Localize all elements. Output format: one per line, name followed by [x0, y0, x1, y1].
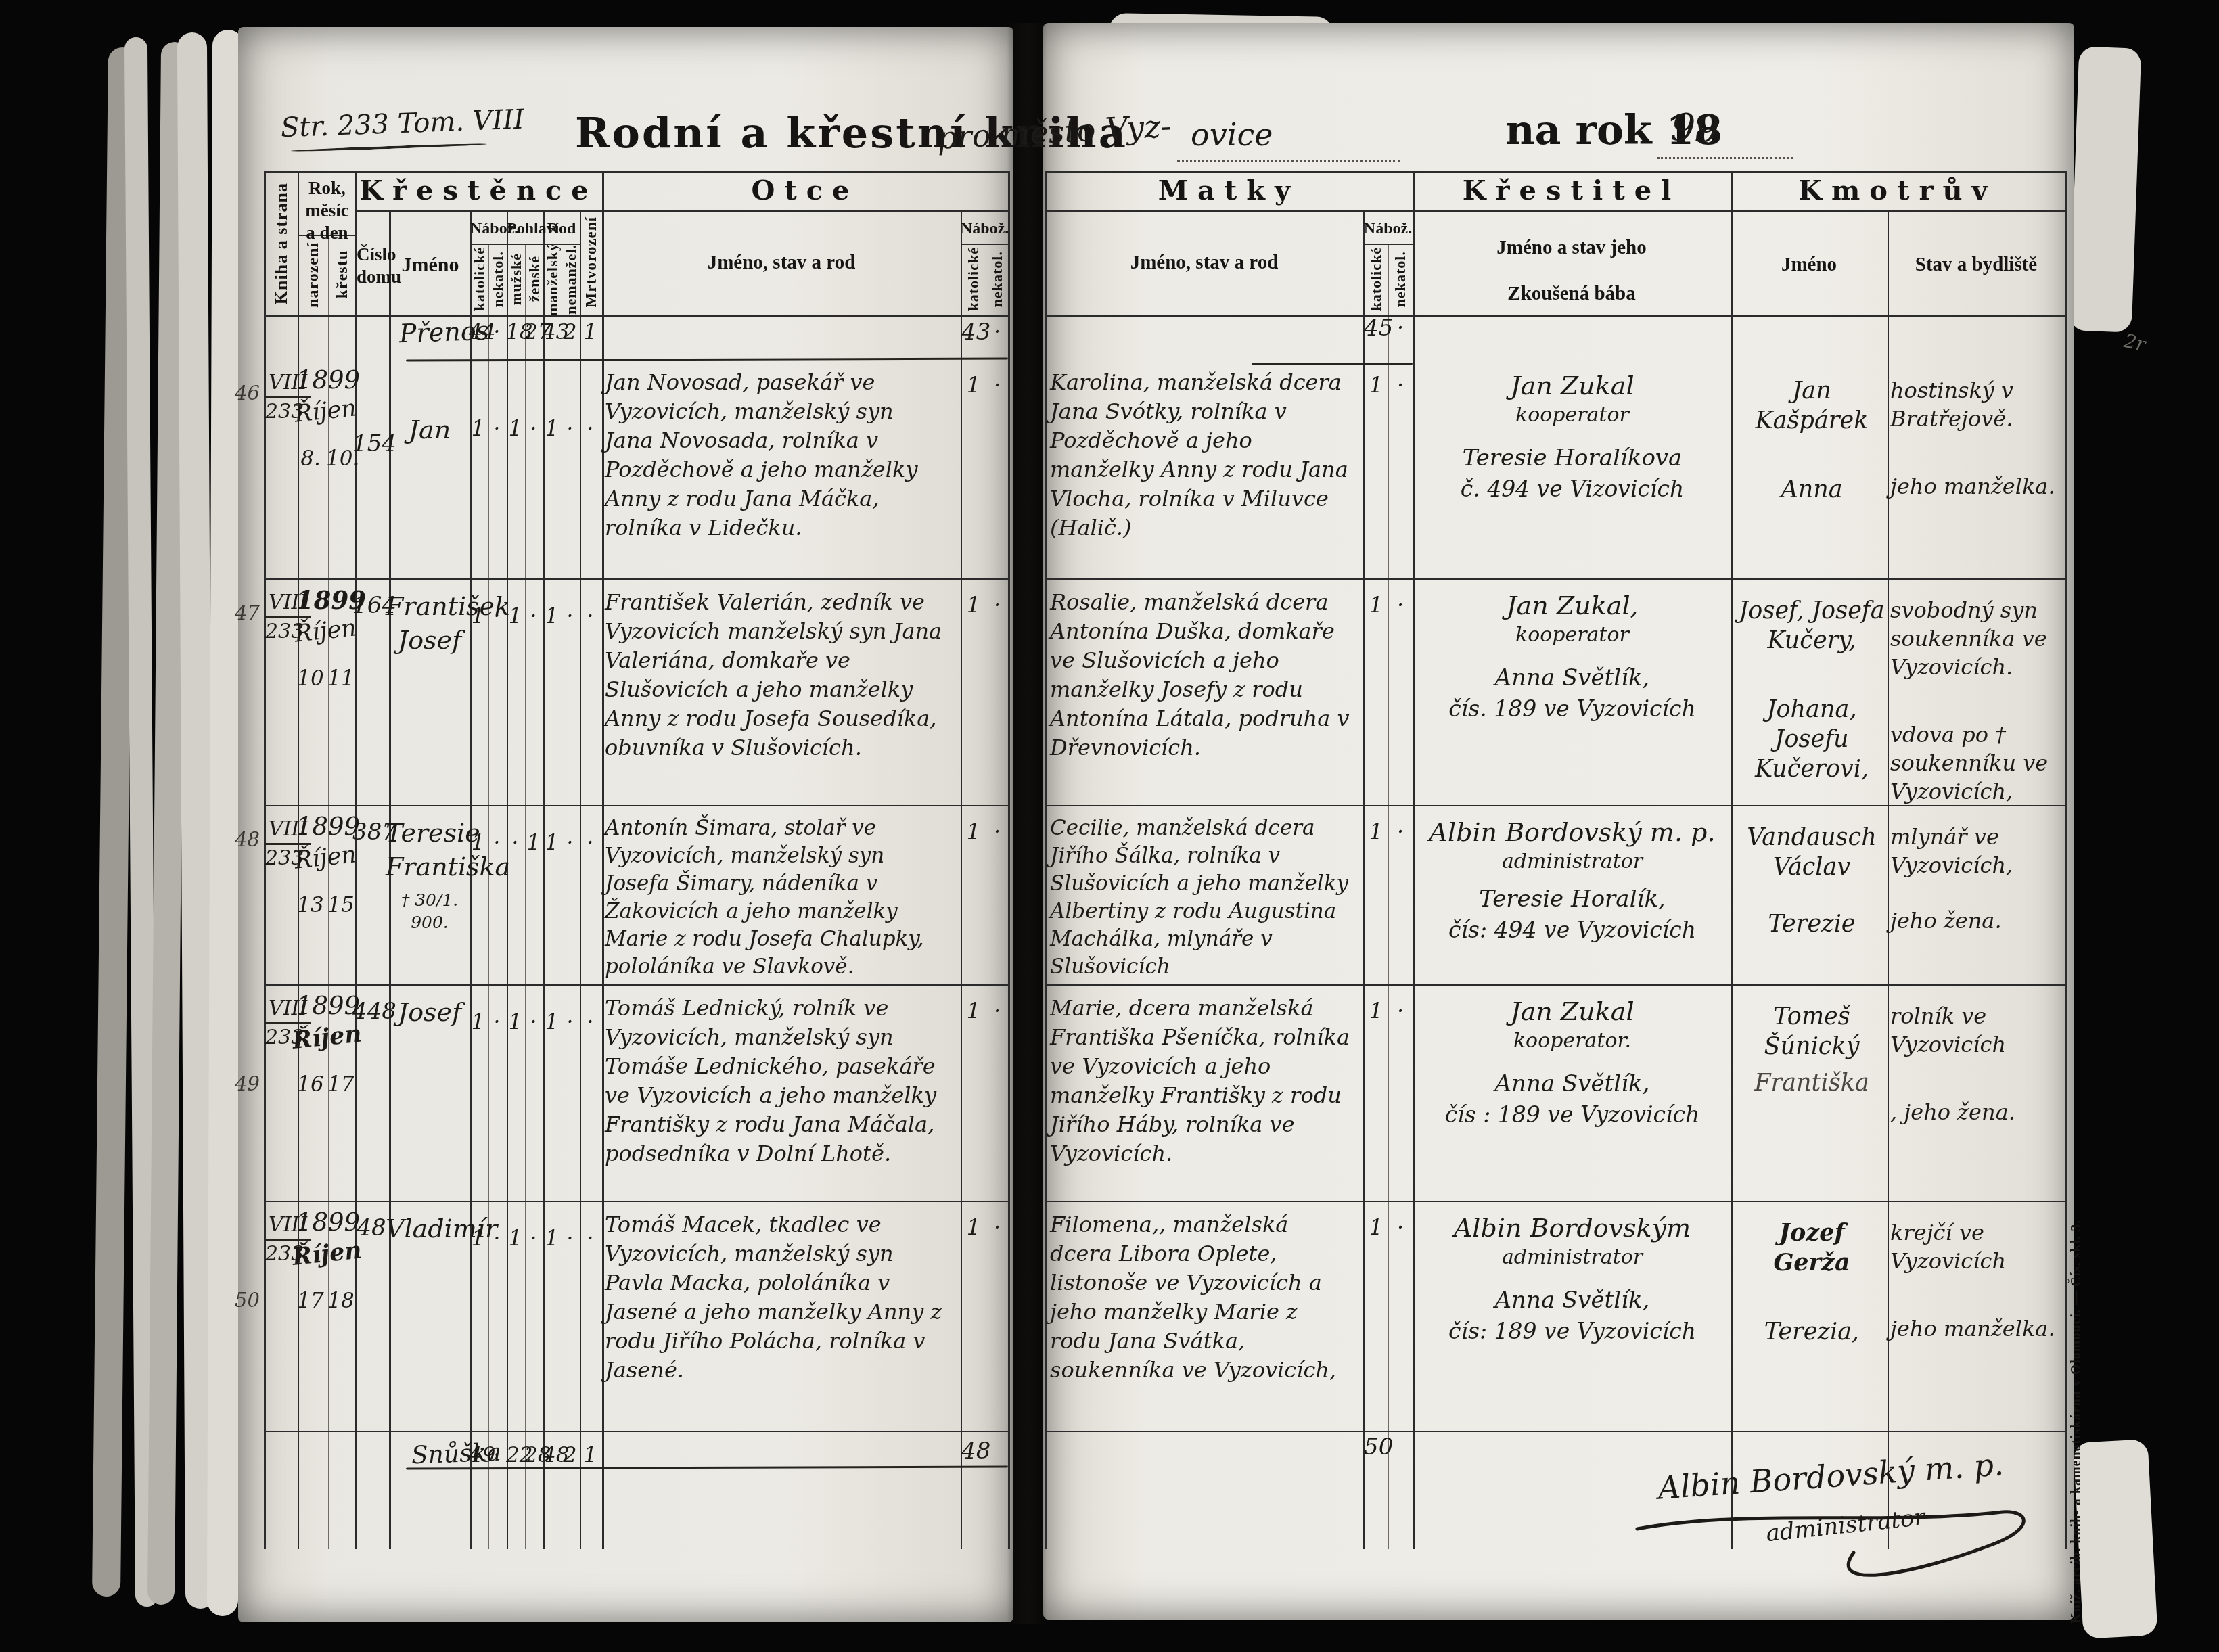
col-header-kniha-strana: Kniha a strana	[265, 173, 298, 315]
father-religion-dot: ·	[986, 592, 1008, 618]
godfather-name: Josef, Josefa Kučery,	[1737, 596, 1886, 656]
col-header-rod: Rod	[543, 218, 580, 240]
year-cell: 1899	[296, 812, 356, 841]
signature-flourish	[1624, 1488, 2043, 1610]
godparent-names: Vandausch Václav Terezie	[1737, 823, 1886, 939]
godmother-status: , jeho žena.	[1890, 1098, 2063, 1126]
scanned-register-page: Str. 233 Tom. VIII Rodní a křestní kniha…	[0, 0, 2219, 1652]
mother-religion: 1	[1364, 819, 1388, 844]
sum-value: 48	[543, 1443, 561, 1467]
page-edge-sliver	[2069, 47, 2142, 333]
tally-mark: 1	[543, 1010, 561, 1034]
father-religion: 1	[961, 998, 986, 1024]
table-grid-line	[264, 171, 1010, 173]
tally-mark: ·	[579, 1010, 601, 1034]
child-name: FrantišekJosef	[386, 589, 474, 657]
sum-value: ·	[488, 1443, 506, 1467]
col-header-kmotr-jmeno: Jméno	[1732, 254, 1886, 276]
tally-mark: ·	[524, 604, 543, 628]
tally-mark: 1	[469, 1226, 487, 1251]
col-header-otec-katolicke: katolické	[961, 245, 986, 313]
baptizer-name: Albin Bordovský m. p.	[1417, 817, 1728, 847]
house-number: 164	[352, 592, 390, 619]
father-religion-dot: ·	[986, 998, 1008, 1024]
mother-religion: 1	[1364, 592, 1388, 618]
midwife-address: čís. 189 ve Vyzovicích	[1417, 695, 1728, 722]
table-grid-line	[355, 210, 1010, 212]
father-entry: František Valerián, zedník ve Vyzovicích…	[605, 588, 948, 762]
baptism-day: 17	[326, 1072, 356, 1097]
carryover-mother-dot: ·	[1389, 315, 1412, 340]
midwife-name: Anna Světlík,	[1417, 1070, 1728, 1097]
carryover-value: 1	[579, 320, 601, 344]
tally-mark: 1	[524, 831, 543, 855]
tally-mark: ·	[561, 831, 579, 855]
tally-mark: 1	[469, 417, 487, 441]
godfather-name: Jan Kašpárek	[1737, 376, 1886, 436]
sum-value: 22	[506, 1443, 524, 1467]
godfather-name: Tomeš Šúnický	[1737, 1002, 1886, 1061]
tally-mark: ·	[488, 417, 506, 441]
town-name-continued: ovice	[1191, 116, 1273, 153]
mother-entry: Marie, dcera manželská Františka Pšeníčk…	[1050, 994, 1352, 1168]
col-header-jmeno: Jméno	[390, 254, 470, 276]
midwife-name: Teresie Horalík,	[1417, 886, 1728, 913]
house-number: 48	[352, 1214, 390, 1241]
carryover-value: 43	[543, 320, 561, 344]
house-number: 154	[352, 430, 390, 457]
child-name: Jan	[386, 413, 474, 446]
baptizer-name: Albin Bordovským	[1417, 1213, 1728, 1243]
group-header-krestitel: Křestitel	[1413, 175, 1731, 206]
tally-mark: 1	[469, 604, 487, 628]
month-cell: Říjen	[291, 1237, 360, 1271]
col-label: nekatol.	[988, 251, 1006, 307]
baptizer-name: Jan Zukal	[1417, 996, 1728, 1026]
tally-mark: ·	[488, 1226, 506, 1251]
father-entry: Antonín Šimara, stolař ve Vyzovicích, ma…	[605, 814, 948, 981]
margin-number: 48	[229, 828, 260, 851]
imprint-text: Kníž. arcib. knih- a kamenotiskárna v Ol…	[2069, 1231, 2084, 1624]
tally-mark: 1	[469, 1010, 487, 1034]
sum-value: 2	[561, 1443, 579, 1467]
table-grid-line	[1045, 171, 2067, 173]
col-header-kmotr-stav: Stav a bydliště	[1889, 254, 2063, 276]
godparent-status: hostinský v Bratřejově. jeho manželka.	[1890, 376, 2063, 501]
col-label: narození	[304, 242, 323, 308]
godmother-name: Johana, Josefu Kučerovi,	[1737, 695, 1886, 784]
mother-religion-dot: ·	[1389, 819, 1412, 844]
house-number: 387	[352, 819, 390, 846]
margin-number: 46	[229, 382, 260, 405]
baptizer-cell: Jan Zukal, kooperator Anna Světlík, čís.…	[1417, 591, 1728, 722]
record-row: 46 VIII233 1899 Říjen 8. 10. 154 Jan 1 ·…	[264, 359, 2067, 578]
house-number: 448	[352, 998, 390, 1025]
carryover-value: 27	[524, 320, 543, 344]
baptizer-cell: Albin Bordovským administrator Anna Svět…	[1417, 1213, 1728, 1344]
child-name: TeresieFrantiška† 30/1. 900.	[386, 816, 474, 934]
godfather-status: krejčí ve Vyzovicích	[1890, 1218, 2063, 1275]
baptizer-title: kooperator	[1417, 403, 1728, 427]
father-religion: 1	[961, 372, 986, 398]
godfather-name: Jozef Gerža	[1737, 1218, 1886, 1278]
tally-mark: ·	[579, 604, 601, 628]
baptizer-title: administrator	[1417, 850, 1728, 873]
baptism-day: 18	[326, 1289, 356, 1313]
year-cell: 1899	[296, 1208, 356, 1237]
col-label: katolické	[1367, 247, 1385, 311]
godfather-status: mlynář ve Vyzovicích,	[1890, 823, 2063, 879]
birth-day: 17	[295, 1289, 326, 1313]
carryover-value: 2	[561, 320, 579, 344]
dotted-rule	[1657, 157, 1793, 159]
child-name-line: Josef	[398, 625, 461, 655]
birth-day: 8.	[295, 446, 326, 471]
col-header-zenske: ženské	[525, 245, 543, 313]
mother-religion: 1	[1364, 998, 1388, 1024]
mother-entry: Karolina, manželská dcera Jana Svótky, r…	[1050, 368, 1352, 543]
godmother-name: Terezie	[1737, 909, 1886, 939]
godmother-name: Františka	[1737, 1068, 1886, 1098]
tally-mark: ·	[488, 1010, 506, 1034]
col-header-katolicke: katolické	[470, 245, 488, 313]
year-cell: 1899	[296, 365, 356, 394]
birth-day: 10	[295, 666, 326, 691]
godmother-status: jeho žena.	[1890, 907, 2063, 935]
child-name-line: Františka	[386, 852, 510, 881]
mother-religion-dot: ·	[1389, 372, 1412, 398]
father-entry: Tomáš Lednický, rolník ve Vyzovicích, ma…	[605, 994, 948, 1168]
mother-religion-dot: ·	[1389, 998, 1412, 1024]
baptism-day: 11	[326, 666, 356, 691]
midwife-address: č. 494 ve Vizovicích	[1417, 476, 1728, 502]
col-label: katolické	[965, 247, 982, 311]
godparent-names: Tomeš Šúnický Františka	[1737, 1002, 1886, 1098]
mother-religion: 1	[1364, 372, 1388, 398]
tally-mark: ·	[561, 1010, 579, 1034]
col-header-mrtvorozeni: Mrtvorození	[580, 211, 602, 313]
sum-mother-religion: 50	[1364, 1433, 1388, 1461]
sum-value: 28	[524, 1443, 543, 1467]
col-header-otec-nekatol: nekatol.	[986, 245, 1008, 313]
printer-imprint: Kníž. arcib. knih- a kamenotiskárna v Ol…	[2069, 1231, 2096, 1624]
tally-mark: ·	[488, 604, 506, 628]
col-header-naboz: Nábož.	[470, 218, 507, 240]
father-entry: Jan Novosad, pasekář ve Vyzovicích, manž…	[605, 368, 948, 543]
mother-religion-dot: ·	[1389, 592, 1412, 618]
year-cell: 1899	[296, 585, 356, 615]
sum-value: 1	[579, 1443, 601, 1467]
midwife-address: čís: 189 ve Vyzovicích	[1417, 1318, 1728, 1344]
record-row: 49 VIII233 1899 Říjen 16 17 448 Josef 1 …	[264, 984, 2067, 1201]
col-header-matka-katolicke: katolické	[1363, 245, 1388, 313]
record-row: 47 VIII233 1899 Říjen 10 11 164 Františe…	[264, 578, 2067, 805]
tally-mark: ·	[506, 831, 524, 855]
godmother-name: Anna	[1737, 475, 1886, 505]
baptism-day: 15	[326, 893, 356, 917]
col-header-nemanzel: nemanžel.	[562, 245, 580, 313]
tally-mark: 1	[506, 417, 524, 441]
margin-number: 47	[229, 601, 260, 624]
col-label: mužské	[507, 253, 525, 305]
group-header-kmotruv: Kmotrův	[1731, 175, 2065, 206]
child-name-line: Jan	[409, 415, 451, 444]
father-entry: Tomáš Macek, tkadlec ve Vyzovicích, manž…	[605, 1210, 948, 1385]
tally-mark: ·	[579, 1226, 601, 1251]
mother-religion: 1	[1364, 1214, 1388, 1240]
table-grid-line	[1045, 210, 2067, 212]
midwife-name: Teresie Horalíkova	[1417, 444, 1728, 472]
godparent-status: mlynář ve Vyzovicích, jeho žena.	[1890, 823, 2063, 935]
col-label: nemanžel.	[562, 244, 580, 315]
carryover-father-religion: 43	[961, 319, 986, 346]
child-name-line: Josef	[398, 997, 461, 1027]
tally-mark: ·	[579, 831, 601, 855]
mother-entry: Filomena,, manželská dcera Libora Oplete…	[1050, 1210, 1352, 1385]
col-header-cislo-domu: Číslo domu	[357, 244, 389, 288]
col-label: nekatol.	[489, 251, 507, 307]
godfather-name: Vandausch Václav	[1737, 823, 1886, 882]
midwife-name: Anna Světlík,	[1417, 664, 1728, 691]
carryover-value: 18	[506, 320, 524, 344]
tally-mark: ·	[579, 417, 601, 441]
father-religion: 1	[961, 1214, 986, 1240]
col-header-muzske: mužské	[507, 245, 525, 313]
group-header-matky: Matky	[1045, 175, 1413, 206]
child-name: Vladimír	[386, 1212, 474, 1245]
baptizer-cell: Jan Zukal kooperator. Anna Světlík, čís …	[1417, 996, 1728, 1128]
tally-mark: ·	[524, 1010, 543, 1034]
col-label: Mrtvorození	[582, 216, 600, 307]
margin-number: 49	[229, 1072, 260, 1095]
baptism-day: 10.	[326, 446, 356, 471]
baptizer-title: kooperator.	[1417, 1029, 1728, 1053]
tally-mark: 1	[469, 831, 487, 855]
col-label: Kniha a strana	[271, 183, 292, 304]
year-handwritten: 99	[1670, 106, 1721, 153]
tally-mark: ·	[561, 1226, 579, 1251]
col-header-matka-jmeno-stav-rod: Jméno, stav a rod	[1047, 252, 1362, 274]
col-label: ženské	[526, 256, 543, 302]
baptizer-cell: Albin Bordovský m. p. administrator Tere…	[1417, 817, 1728, 943]
godparent-status: krejčí ve Vyzovicích jeho manželka.	[1890, 1218, 2063, 1343]
col-header-krestu: křestu	[329, 236, 355, 313]
col-header-matka-naboz: Nábož.	[1363, 218, 1413, 240]
godparent-status: svobodný syn soukenníka ve Vyzovicích. v…	[1890, 596, 2063, 806]
midwife-address: čís: 494 ve Vyzovicích	[1417, 917, 1728, 943]
col-header-rok-mesic-den: Rok, měsíc a den	[299, 177, 355, 244]
col-label: manželský	[544, 243, 562, 316]
baptizer-title: administrator	[1417, 1245, 1728, 1269]
godparent-status: rolník ve Vyzovicích , jeho žena.	[1890, 1002, 2063, 1126]
col-label: nekatol.	[1392, 251, 1409, 307]
tally-mark: ·	[488, 831, 506, 855]
col-label: katolické	[471, 247, 488, 311]
col-header-otec-jmeno-stav-rod: Jméno, stav a rod	[603, 252, 959, 274]
col-label: křestu	[334, 250, 352, 298]
child-name: Josef	[386, 995, 474, 1029]
col-header-otec-naboz: Nábož.	[961, 218, 1008, 240]
midwife-address: čís : 189 ve Vyzovicích	[1417, 1101, 1728, 1128]
tally-mark: ·	[561, 417, 579, 441]
baptizer-cell: Jan Zukal kooperator Teresie Horalíkova …	[1417, 371, 1728, 502]
godparent-names: Jan Kašpárek Anna	[1737, 376, 1886, 505]
godfather-status: svobodný syn soukenníka ve Vyzovicích.	[1890, 596, 2063, 681]
tally-mark: 1	[543, 831, 561, 855]
mother-entry: Cecilie, manželská dcera Jiřího Šálka, r…	[1050, 814, 1352, 981]
col-header-krestitel-jmeno: Jméno a stav jeho	[1414, 237, 1729, 259]
col-header-pohlavi: Pohlaví	[507, 218, 543, 240]
year-cell: 1899	[296, 991, 356, 1020]
godmother-status: jeho manželka.	[1890, 1314, 2063, 1343]
tally-mark: 1	[506, 1010, 524, 1034]
mother-religion-dot: ·	[1389, 1214, 1412, 1240]
carryover-mother-religion: 45	[1364, 315, 1388, 342]
child-name-line: Teresie	[386, 818, 480, 848]
birth-day: 13	[295, 893, 326, 917]
table-grid-line	[1045, 214, 2067, 214]
carryover-father-dot: ·	[986, 319, 1008, 344]
tally-mark: ·	[561, 604, 579, 628]
tally-mark: 1	[506, 1226, 524, 1251]
record-row: 50 VIII233 1899 Říjen 17 18 48 Vladimír …	[264, 1201, 2067, 1431]
col-header-zkousena-baba: Zkoušená bába	[1414, 283, 1729, 305]
father-religion-dot: ·	[986, 372, 1008, 398]
godmother-status: vdova po † soukenníku ve Vyzovicích,	[1890, 720, 2063, 806]
tally-mark: 1	[543, 604, 561, 628]
tally-mark: ·	[524, 417, 543, 441]
sum-father-religion: 48	[961, 1438, 986, 1465]
stray-pencil-mark: 2r	[2122, 329, 2147, 356]
godparent-names: Josef, Josefa Kučery, Johana, Josefu Kuč…	[1737, 596, 1886, 784]
father-religion: 1	[961, 592, 986, 618]
tally-mark: 1	[543, 1226, 561, 1251]
godmother-name: Terezia,	[1737, 1317, 1886, 1347]
sum-value: 49	[469, 1443, 487, 1467]
col-header-narozeni: narození	[299, 236, 328, 313]
carryover-value: ·	[488, 320, 506, 344]
col-header-manzelsky: manželský	[543, 245, 562, 313]
table-grid-line	[355, 214, 1010, 214]
col-header-matka-nekatol: nekatol.	[1388, 245, 1413, 313]
tally-mark: 1	[506, 604, 524, 628]
baptizer-name: Jan Zukal	[1417, 371, 1728, 400]
col-header-nekatol: nekatol.	[488, 245, 507, 313]
father-religion-dot: ·	[986, 1214, 1008, 1240]
baptizer-title: kooperator	[1417, 623, 1728, 647]
month-cell: Říjen	[291, 1020, 360, 1055]
carryover-value: 44	[469, 320, 487, 344]
tally-mark: ·	[524, 1226, 543, 1251]
godmother-status: jeho manželka.	[1890, 472, 2063, 501]
group-header-otce: Otce	[602, 175, 1008, 206]
godparent-names: Jozef Gerža Terezia,	[1737, 1218, 1886, 1347]
death-annotation: † 30/1. 900.	[386, 889, 474, 934]
father-religion-dot: ·	[986, 819, 1008, 844]
midwife-name: Anna Světlík,	[1417, 1287, 1728, 1314]
margin-number: 50	[229, 1289, 260, 1312]
father-religion: 1	[961, 819, 986, 844]
mother-entry: Rosalie, manželská dcera Antonína Duška,…	[1050, 588, 1352, 762]
carryover-row: Přenos 44 · 18 27 43 2 1 43 · 45 ·	[264, 315, 2067, 359]
birth-day: 16	[295, 1072, 326, 1097]
dotted-rule	[1177, 160, 1400, 162]
baptizer-name: Jan Zukal,	[1417, 591, 1728, 620]
group-header-krestence: Křestěnce	[355, 175, 602, 206]
tally-mark: 1	[543, 417, 561, 441]
record-row: 48 VIII233 1899 Říjen 13 15 387 TeresieF…	[264, 805, 2067, 984]
godfather-status: hostinský v Bratřejově.	[1890, 376, 2063, 433]
godfather-status: rolník ve Vyzovicích	[1890, 1002, 2063, 1059]
